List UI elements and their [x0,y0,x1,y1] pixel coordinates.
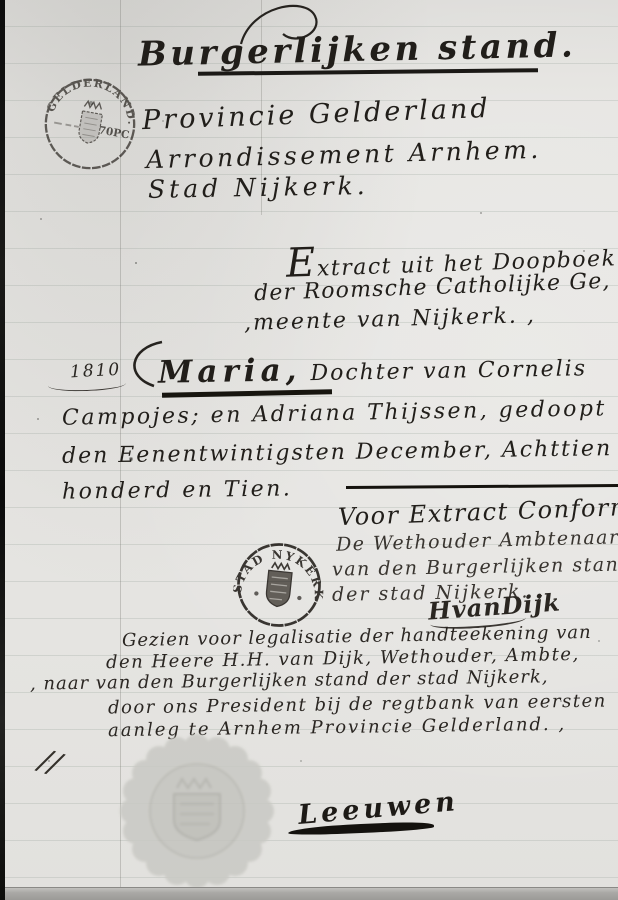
stamp-shield-icon [77,111,102,145]
record-closure-rule [346,484,618,489]
record-line-2: Campojes; en Adriana Thijssen, gedoopt [62,397,607,431]
extract-heading-line-3: ,meente van Nijkerk. , [244,304,536,336]
record-line-1-rest: Dochter van Cornelis [301,356,587,386]
city-line: Stad Nijkerk. [148,172,369,203]
year-swash-flourish [48,377,126,393]
certification-line-1: Voor Extract Conform [338,494,618,531]
embossed-paper-seal [116,730,278,892]
record-line-3: den Eenentwintigsten December, Achttien [62,437,612,469]
certification-line-3: van den Burgerlijken stand [332,554,618,580]
stamp-shield-icon [265,570,292,607]
name-underline [162,389,332,397]
margin-pen-mark: // [35,744,64,782]
record-line-4: honderd en Tien. [62,477,293,504]
document-title: Burgerlijken stand. [138,27,577,74]
certification-line-2: De Wethouder Ambtenaar [336,527,618,555]
province-line: Provincie Gelderland [142,94,492,136]
child-name: Maria, [158,352,302,390]
scanned-civil-registry-document: Burgerlijken stand. Provincie Gelderland… [0,0,618,900]
scan-edge-bottom [0,887,618,900]
stamp-crown-icon [84,101,102,110]
scan-edge-left [0,0,5,900]
stamp-crown-icon [272,563,290,570]
arrondissement-line: Arrondissement Arnhem. [146,136,542,174]
stad-nijkerk-stamp: STAD NYKERK [230,536,329,635]
record-line-1: Maria, Dochter van Cornelis [158,348,588,390]
gelderland-stamp: GELDERLAND. 70PC [34,68,145,179]
gelderland-stamp-value-text: 70PC [98,124,131,141]
